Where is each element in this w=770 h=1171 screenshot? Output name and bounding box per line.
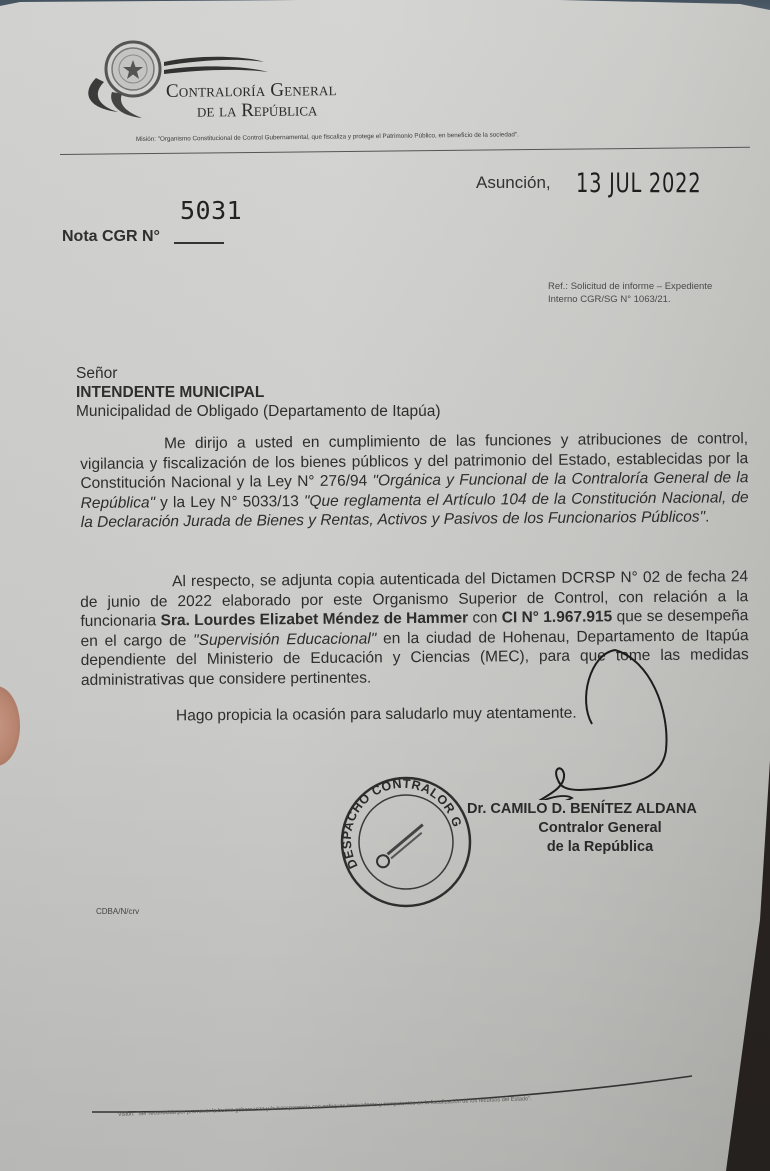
signer-position: Contralor General [465, 819, 735, 838]
official-role: "Supervisión Educacional" [193, 630, 376, 649]
body-paragraph-1: Me dirijo a usted en cumplimiento de las… [80, 429, 749, 532]
signer-name: Dr. CAMILO D. BENÍTEZ ALDANA [465, 800, 735, 819]
date-stamp: 13 JUL 2022 [576, 168, 701, 199]
handwritten-signature [520, 640, 690, 800]
seal-ring-text: DESPACHO CONTRALOR GENERAL [336, 770, 464, 871]
p2-text-b: con [468, 609, 502, 626]
institution-name-line2: de la República [197, 99, 318, 122]
official-seal-stamp: DESPACHO CONTRALOR GENERAL [336, 770, 476, 910]
reference-initials: CDBA/N/crv [96, 907, 139, 916]
official-id: CI N° 1.967.915 [502, 608, 613, 626]
signer-block: Dr. CAMILO D. BENÍTEZ ALDANA Contralor G… [465, 800, 735, 857]
note-number: 5031 [180, 196, 242, 225]
p1-text-c: . [705, 509, 709, 526]
note-number-underline [174, 242, 224, 244]
addressee-title: INTENDENTE MUNICIPAL [76, 383, 440, 402]
reference-line1: Ref.: Solicitud de informe – Expediente [548, 280, 770, 293]
official-name: Sra. Lourdes Elizabet Méndez de Hammer [161, 610, 469, 630]
addressee-block: Señor INTENDENTE MUNICIPAL Municipalidad… [76, 364, 440, 421]
reference: Ref.: Solicitud de informe – Expediente … [548, 280, 770, 306]
salutation: Señor [76, 364, 440, 383]
addressee-organization: Municipalidad de Obligado (Departamento … [76, 402, 440, 421]
note-label: Nota CGR N° [62, 228, 160, 246]
closing-line: Hago propicia la ocasión para saludarlo … [176, 705, 577, 726]
city: Asunción, [476, 173, 551, 193]
signer-institution: de la República [465, 838, 735, 857]
svg-text:DESPACHO CONTRALOR GENERAL: DESPACHO CONTRALOR GENERAL [336, 770, 464, 871]
p1-text-b: y la Ley N° 5033/13 [155, 493, 304, 511]
reference-line2: Interno CGR/SG N° 1063/21. [548, 293, 770, 306]
